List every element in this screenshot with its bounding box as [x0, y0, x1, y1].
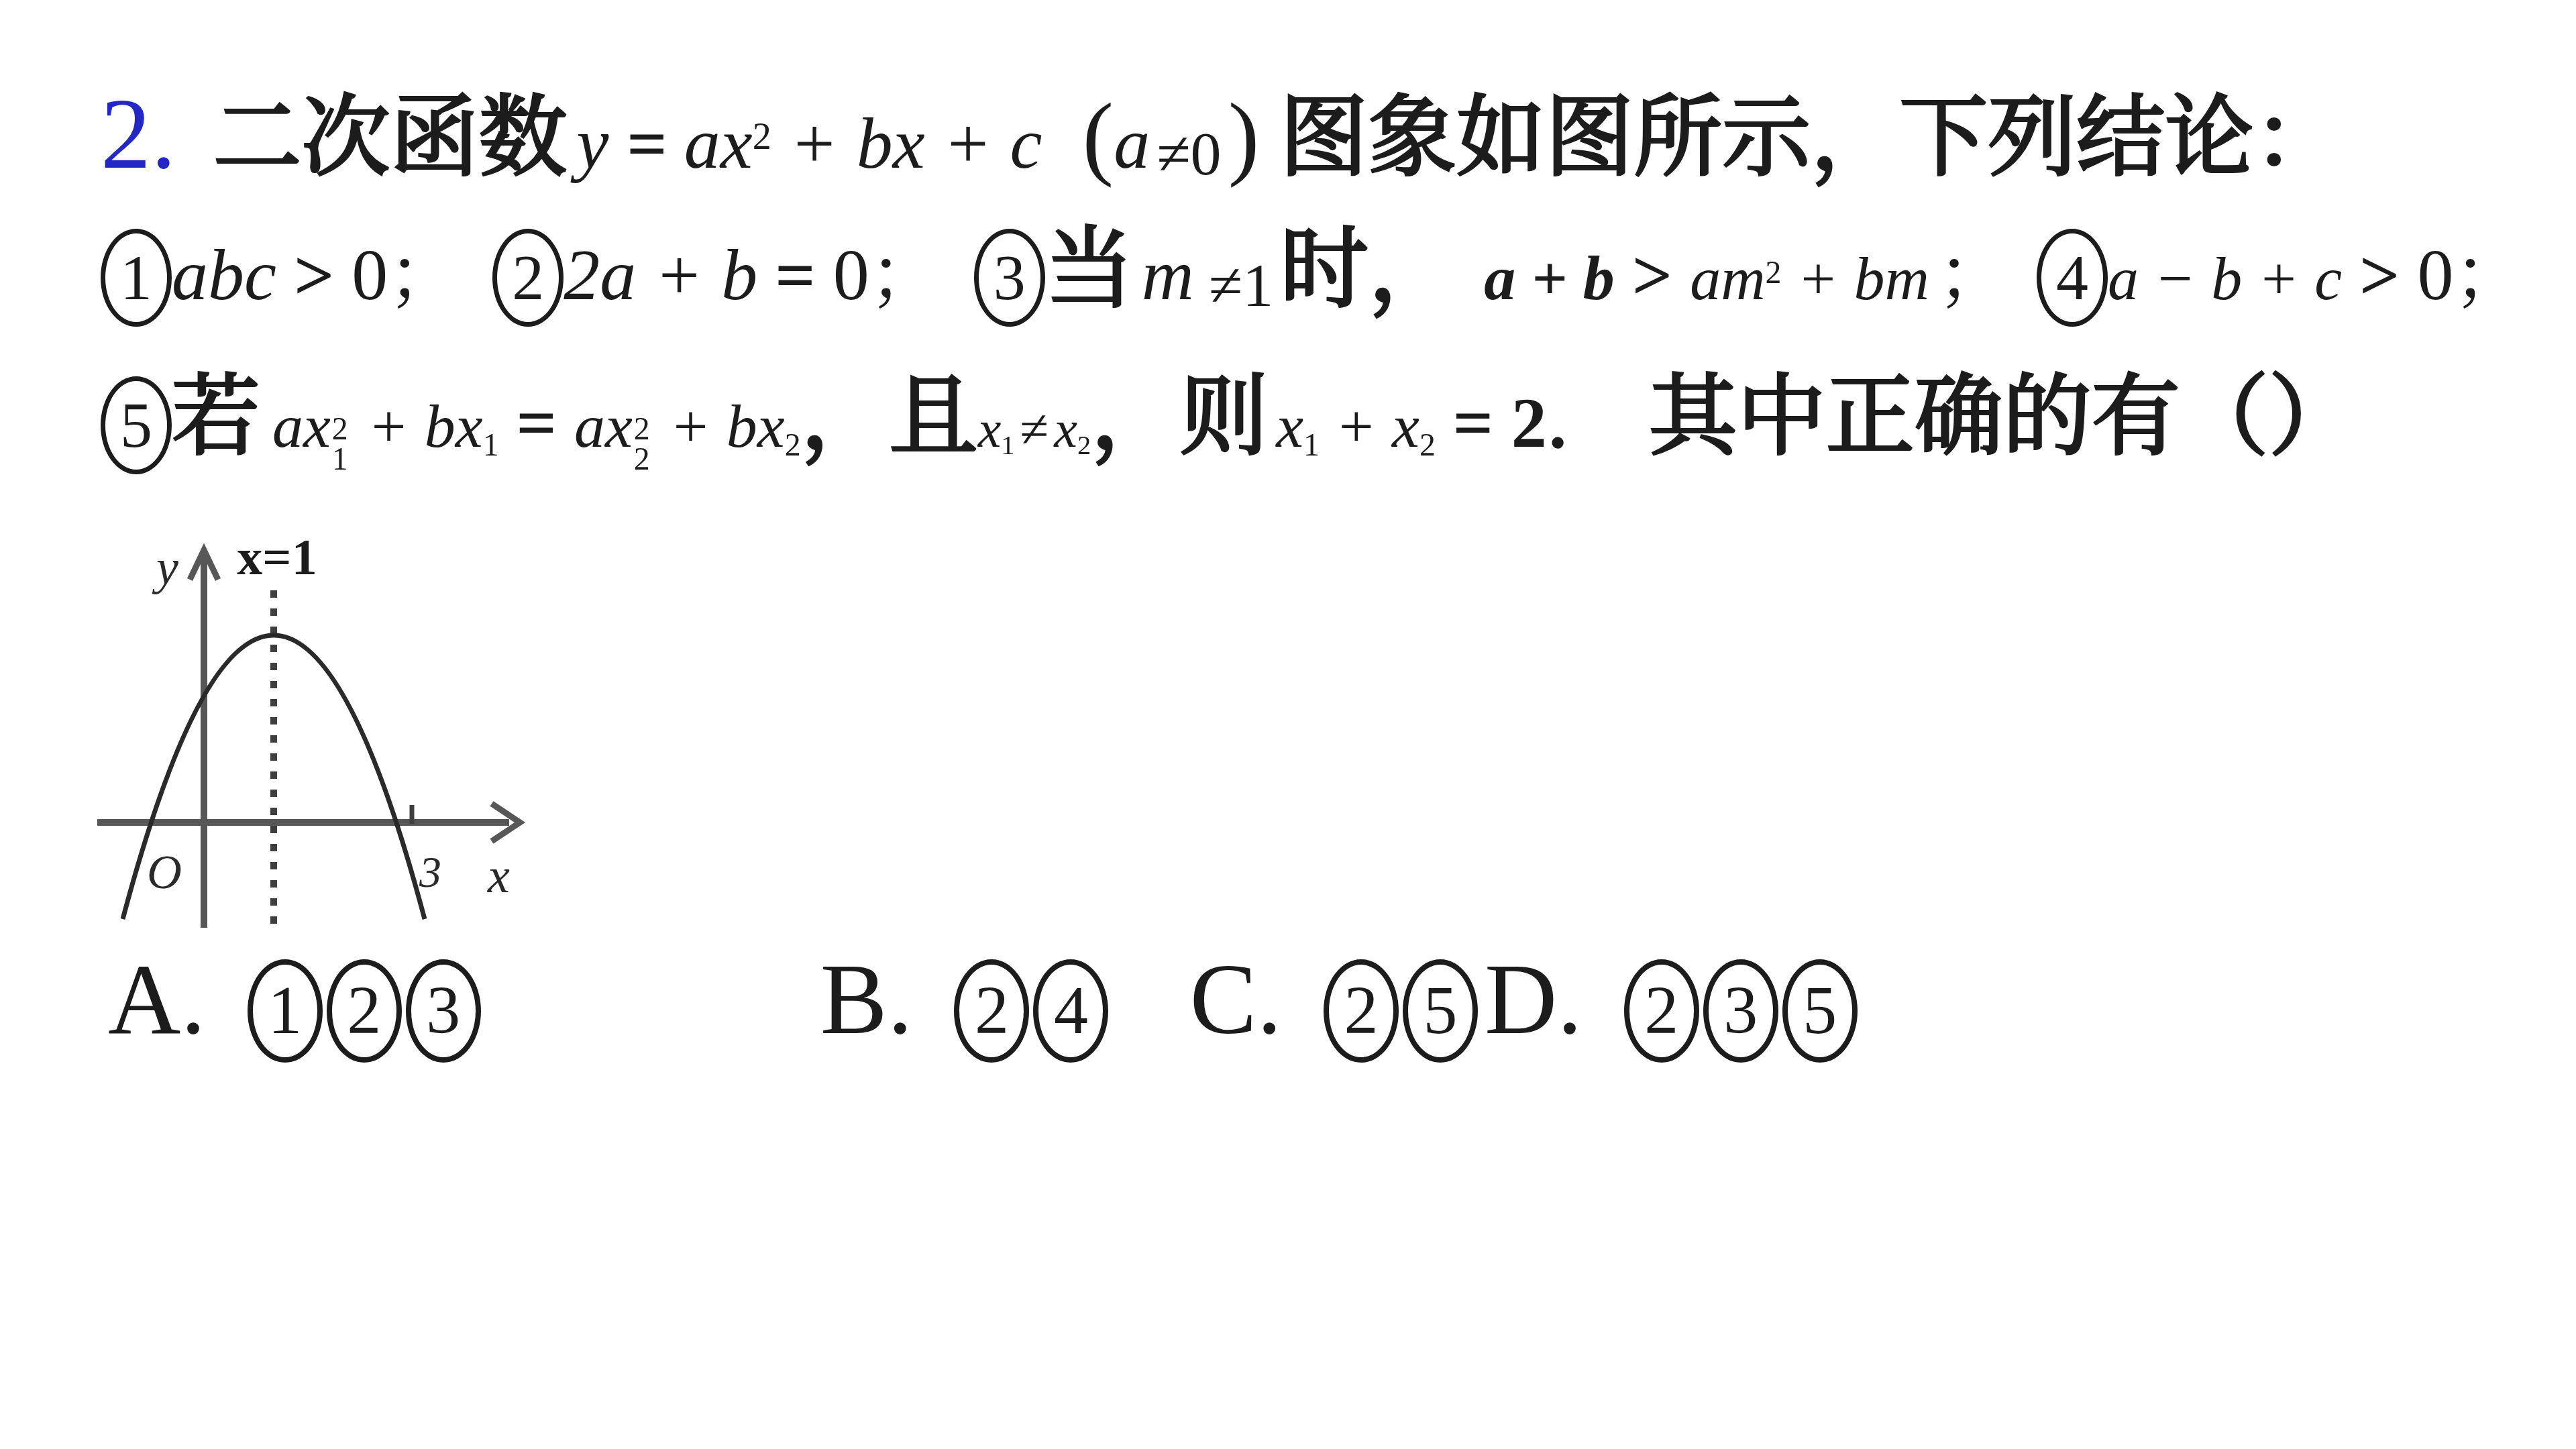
statement5-equals-two: = 2． — [1453, 388, 1618, 459]
question-number: 2. — [101, 84, 176, 184]
statement3-semicolon: ； — [1937, 239, 2010, 312]
circled-number-5: 5 — [101, 376, 172, 474]
circled-5-icon: 5 — [1403, 959, 1478, 1063]
paren-open: ( — [1083, 90, 1114, 184]
option-b: B. 2 4 — [820, 949, 1113, 1063]
circled-3-icon: 3 — [1703, 959, 1778, 1063]
statement3-lhs: a + b — [1484, 247, 1615, 310]
paren-close: ) — [1228, 90, 1260, 184]
parabola-graph: y x=1 O 3 x — [92, 515, 549, 931]
statement2-expr: 2a + b — [563, 239, 757, 312]
option-d: D. 2 3 5 — [1485, 949, 1862, 1063]
math-worksheet-page: { "colors": { "background": "#ffffff", "… — [0, 0, 2576, 1449]
option-a: A. 1 2 3 — [108, 949, 485, 1063]
circled-2-icon: 2 — [954, 959, 1029, 1063]
question-line-3: 5 若 ax21 + bx1 = ax22 + bx2 ，且 x1≠x2 ，则 … — [101, 372, 2357, 482]
neq-symbol: ≠ — [1020, 400, 1049, 458]
statement4-expr: a − b + c — [2108, 248, 2342, 309]
formula-quadratic: y=ax2 + bx + c — [577, 108, 1042, 180]
root-3-label: 3 — [419, 848, 441, 897]
circled-5-icon: 5 — [1782, 959, 1858, 1063]
x-axis-label: x — [487, 849, 510, 904]
option-c-label: C. — [1189, 949, 1282, 1050]
stacked-sup-sub: 21 — [332, 414, 348, 475]
circled-1-icon: 1 — [248, 959, 323, 1063]
option-b-label: B. — [820, 949, 913, 1050]
graph-svg: y x=1 O 3 x — [92, 515, 549, 931]
symmetry-axis-label: x=1 — [237, 529, 317, 586]
intro-text: 图象如图所示，下列结论： — [1279, 93, 2342, 182]
statement1-rhs: 0； — [352, 239, 460, 312]
circled-3-icon: 3 — [406, 959, 481, 1063]
statement2-relation: = — [775, 240, 815, 311]
statement5-lhs: ax21 + bx1 — [272, 395, 499, 482]
option-a-label: A. — [108, 949, 206, 1050]
circled-4-icon: 4 — [1033, 959, 1108, 1063]
circled-number-3: 3 — [974, 229, 1045, 327]
statement5-equals: = — [517, 388, 557, 459]
statement3-neq-one: ≠1 — [1209, 254, 1274, 316]
option-c: C. 2 5 — [1189, 949, 1482, 1063]
statement3-m: m — [1142, 239, 1194, 312]
statement3-shi: 时， — [1280, 225, 1457, 313]
circled-number-4: 4 — [2037, 229, 2108, 327]
statement4-rhs: 0； — [2417, 239, 2526, 312]
statement4-relation: > — [2359, 240, 2400, 311]
stacked-sup-sub: 22 — [634, 414, 650, 475]
question-line-1: 2. 二次函数 y=ax2 + bx + c ( a ≠0 ) 图象如图所示，下… — [101, 84, 2342, 184]
option-d-label: D. — [1485, 949, 1582, 1050]
statement3-rhs: am2 + bm — [1690, 248, 1929, 309]
question-line-2: 1 abc > 0； 2 2a + b = 0； 3 当 m ≠1 时， a +… — [101, 225, 2526, 327]
statement2-rhs: 0； — [833, 239, 942, 312]
closing-text: 其中正确的有（） — [1649, 372, 2357, 461]
condition-a: a — [1114, 108, 1150, 180]
statement5-sum: x1 + x2 — [1276, 395, 1436, 457]
statement5-x1-neq-x2: x1≠x2 — [978, 403, 1091, 455]
circled-2-icon: 2 — [1624, 959, 1699, 1063]
circled-2-icon: 2 — [1324, 959, 1399, 1063]
statement1-expr: abc — [172, 239, 276, 312]
circled-2-icon: 2 — [327, 959, 402, 1063]
condition-nonzero: ≠0 — [1157, 123, 1222, 184]
circled-number-2: 2 — [492, 229, 563, 327]
statement5-and: ，且 — [801, 372, 978, 461]
topic-text: 二次函数 — [213, 93, 568, 182]
answer-options-row: A. 1 2 3 B. 2 4 C. 2 5 D. 2 3 5 — [108, 949, 1862, 1063]
statement5-rhs: ax22 + bx2 — [574, 395, 801, 482]
statement5-then: ，则 — [1091, 372, 1268, 461]
statement5-if: 若 — [172, 372, 260, 461]
origin-label: O — [147, 845, 182, 899]
statement3-relation: > — [1632, 240, 1672, 311]
circled-number-1: 1 — [101, 229, 172, 327]
statement1-relation: > — [294, 240, 334, 311]
statement3-when: 当 — [1045, 225, 1134, 313]
y-axis-label: y — [152, 540, 178, 595]
